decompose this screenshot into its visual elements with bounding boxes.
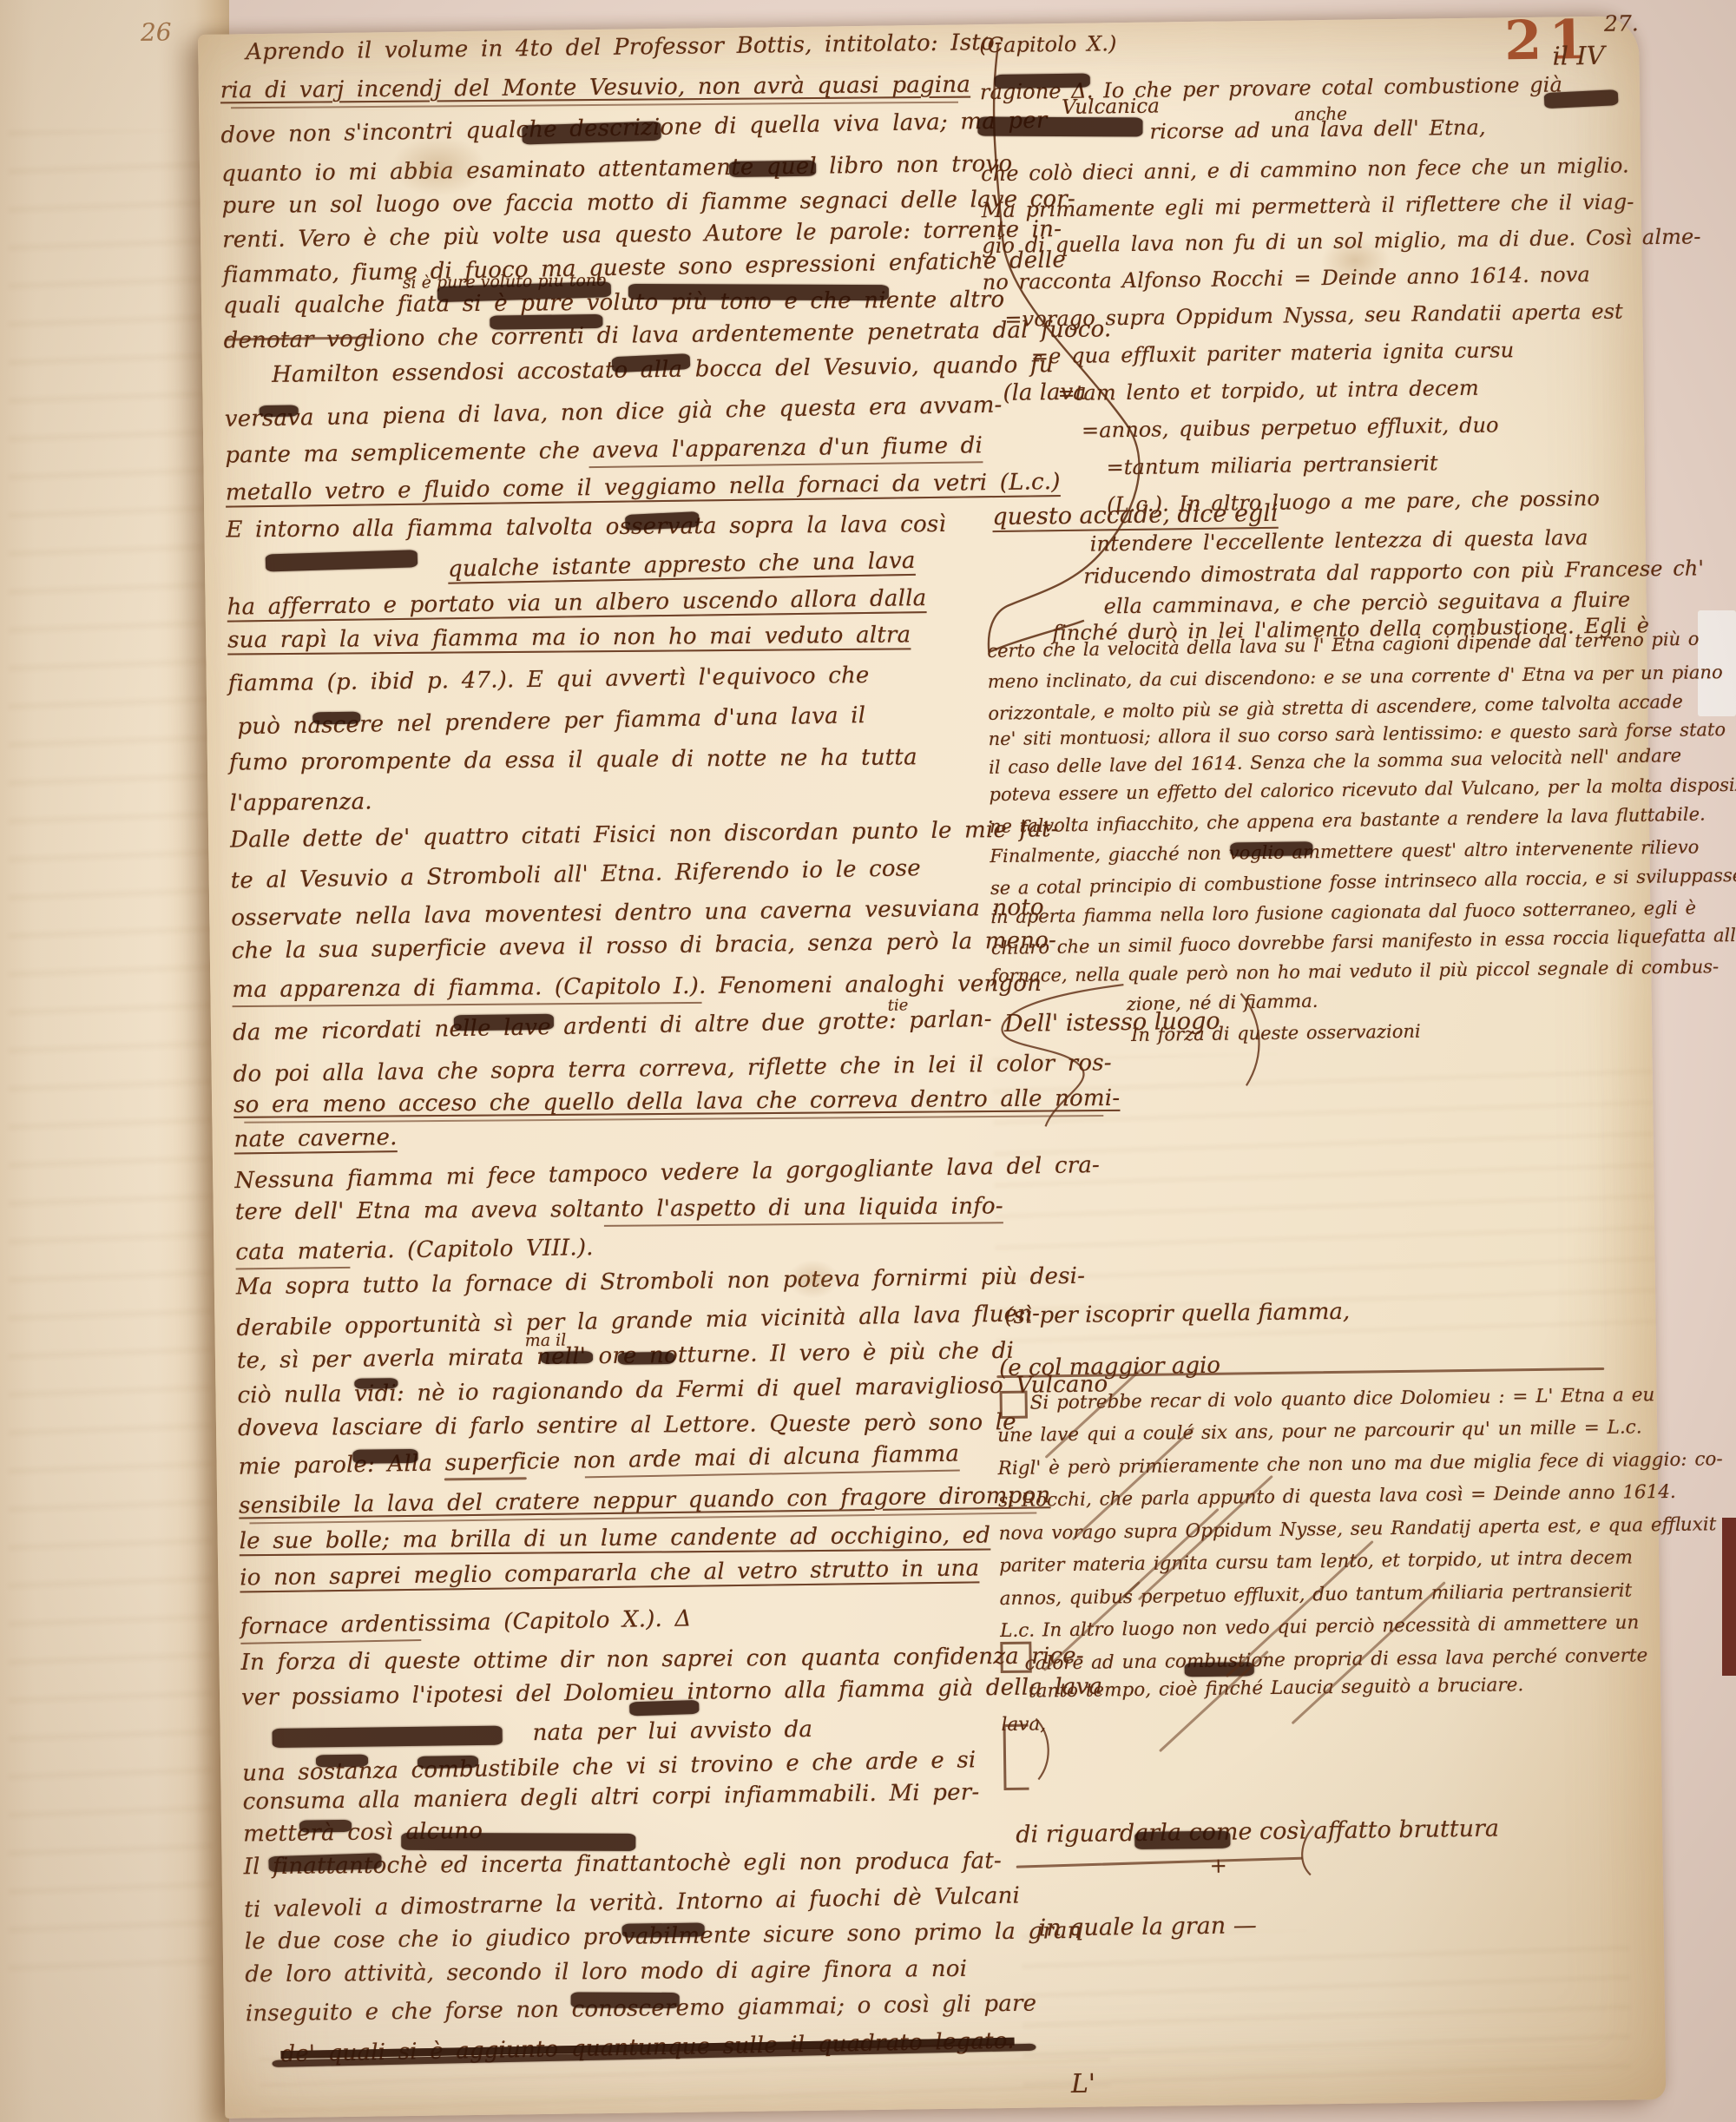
- ink-mark: [1122, 1508, 1220, 1598]
- ink-mark: [996, 1367, 1604, 1378]
- ink-mark: [391, 135, 487, 197]
- ink-marks: [198, 16, 1666, 2119]
- ink-mark: [352, 1449, 418, 1464]
- ink-mark: [1000, 1391, 1028, 1419]
- ink-mark: [612, 353, 691, 372]
- ink-mark: [618, 1352, 674, 1365]
- ink-mark: [977, 117, 1142, 137]
- ink-mark: [273, 2044, 1036, 2067]
- ink-mark: [273, 1726, 503, 1748]
- ink-mark: [437, 281, 611, 302]
- ink-mark: [729, 161, 816, 177]
- ink-mark: [628, 284, 889, 300]
- ink-mark: [266, 550, 418, 571]
- ink-mark: [522, 122, 661, 145]
- ink-mark: [787, 1259, 840, 1299]
- show-through-text: [9, 130, 213, 1997]
- ink-mark: [622, 1923, 705, 1938]
- ink-mark: [1544, 89, 1619, 109]
- ink-mark: [1003, 1724, 1029, 1790]
- ink-mark: [1072, 1427, 1195, 1540]
- ink-mark: [625, 511, 700, 530]
- ink-mark: [1134, 1831, 1230, 1849]
- ink-mark: [629, 1700, 699, 1716]
- ink-mark: [1016, 1857, 1303, 1868]
- ink-mark: [354, 1378, 398, 1389]
- manuscript-sheet: Aprendo il volume in 4to del Professor B…: [198, 16, 1666, 2119]
- facing-page: [0, 0, 229, 2122]
- ink-mark: [541, 1351, 593, 1364]
- ink-mark: [401, 1833, 635, 1851]
- ink-mark: [1045, 1368, 1142, 1459]
- photo-background: { "document": { "type": "handwritten man…: [0, 0, 1736, 2122]
- ink-mark: [418, 1756, 478, 1769]
- ink-mark: [316, 1755, 368, 1768]
- ink-mark: [490, 314, 602, 330]
- ink-mark: [260, 405, 299, 418]
- ink-mark: [1230, 841, 1312, 856]
- ink-mark: [1000, 1642, 1031, 1673]
- binding-edge: [1722, 1518, 1736, 1676]
- ink-mark: [995, 74, 1090, 89]
- ink-mark: [226, 336, 373, 340]
- ink-mark: [268, 1853, 381, 1872]
- ink-mark: [571, 1992, 680, 2008]
- margin-note: 26: [141, 17, 172, 46]
- ink-mark: [299, 1820, 352, 1833]
- ink-mark: [1138, 1475, 1273, 1601]
- ink-mark: [312, 712, 360, 725]
- ink-mark: [1292, 1581, 1446, 1724]
- ink-mark: [1226, 1540, 1374, 1677]
- ink-mark: [454, 1014, 554, 1031]
- ink-mark: [444, 1477, 527, 1480]
- ink-mark: [1320, 236, 1391, 285]
